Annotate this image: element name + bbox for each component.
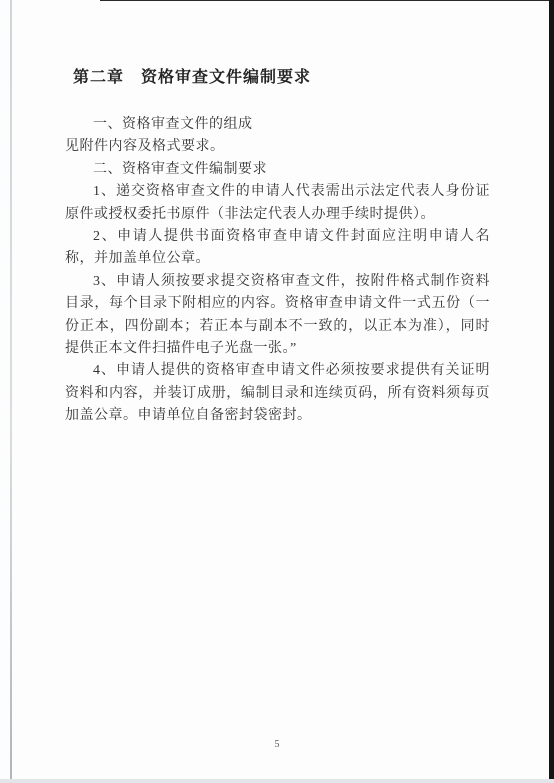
scan-top-edge-line (100, 0, 554, 1)
paragraph-section-1-title: 一、资格审查文件的组成 (65, 114, 490, 136)
scan-left-edge-line (10, 0, 12, 783)
paragraph-see-attachment: 见附件内容及格式要求。 (65, 136, 490, 158)
paragraph-item-1: 1、递交资格审查文件的申请人代表需出示法定代表人身份证原件或授权委托书原件（非法… (65, 181, 490, 226)
scanned-document-page: 第二章 资格审查文件编制要求 一、资格审查文件的组成 见附件内容及格式要求。 二… (0, 0, 554, 783)
paragraph-item-3: 3、申请人须按要求提交资格审查文件，按附件格式制作资料目录，每个目录下附相应的内… (65, 271, 490, 361)
paragraph-item-4: 4、申请人提供的资格审查申请文件必须按要求提供有关证明资料和内容，并装订成册，编… (65, 360, 490, 427)
scan-bottom-edge-shadow (0, 779, 554, 783)
chapter-heading: 第二章 资格审查文件编制要求 (73, 64, 490, 87)
scan-right-edge-bar (549, 0, 554, 783)
paragraph-section-2-title: 二、资格审查文件编制要求 (65, 159, 490, 181)
document-content: 第二章 资格审查文件编制要求 一、资格审查文件的组成 见附件内容及格式要求。 二… (65, 64, 490, 428)
page-number: 5 (0, 739, 554, 750)
paragraph-item-2: 2、申请人提供书面资格审查申请文件封面应注明申请人名称，并加盖单位公章。 (65, 226, 490, 271)
body-text: 一、资格审查文件的组成 见附件内容及格式要求。 二、资格审查文件编制要求 1、递… (65, 114, 490, 428)
